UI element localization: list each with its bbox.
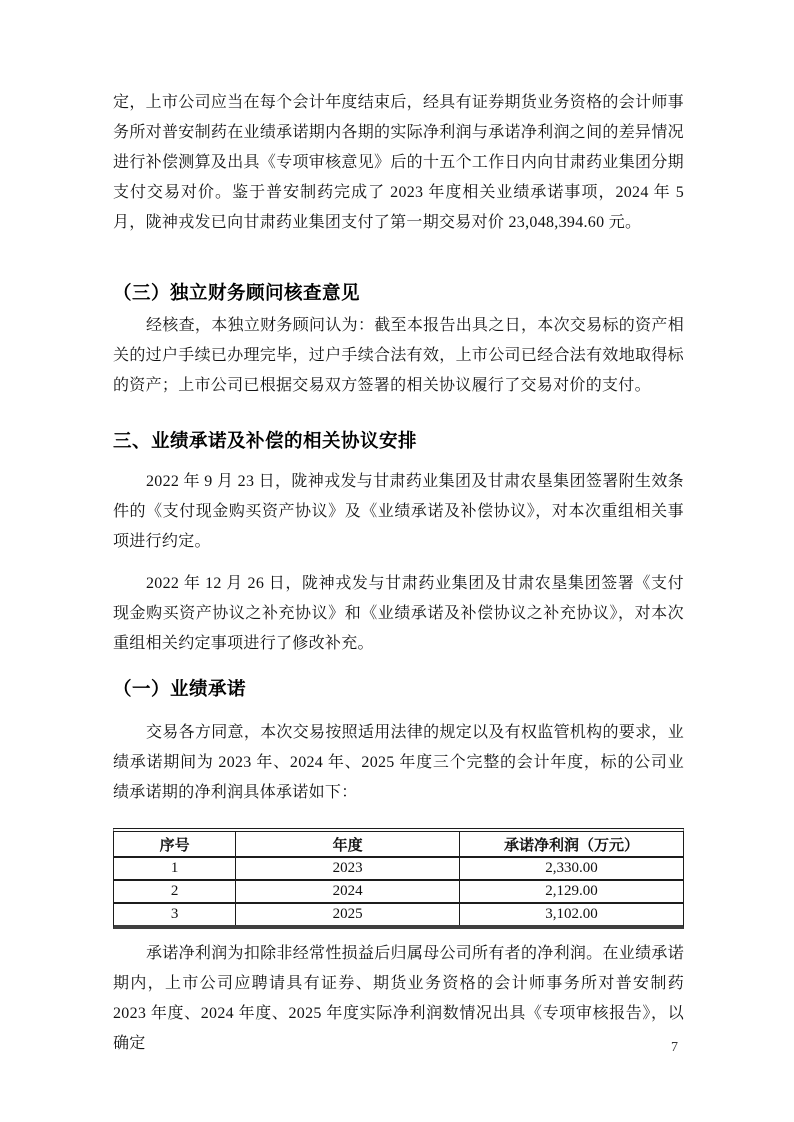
document-page: 定，上市公司应当在每个会计年度结束后，经具有证券期货业务资格的会计师事务所对普安…	[0, 0, 794, 1122]
heading-subsection-1-performance-commitment: （一）业绩承诺	[113, 676, 684, 702]
table-cell-profit: 2,330.00	[460, 858, 683, 881]
paragraph-audit-report: 承诺净利润为扣除非经常性损益后归属母公司所有者的净利润。在业绩承诺期内，上市公司…	[113, 939, 684, 1059]
table-cell-year: 2023	[236, 858, 460, 881]
table-cell-index: 3	[114, 904, 236, 925]
table-header-index: 序号	[114, 832, 236, 858]
table-row: 3 2025 3,102.00	[114, 904, 683, 925]
table-cell-profit: 3,102.00	[460, 904, 683, 925]
table-cell-year: 2024	[236, 881, 460, 904]
paragraph-advisor-opinion: 经核查，本独立财务顾问认为：截至本报告出具之日，本次交易标的资产相关的过户手续已…	[113, 311, 684, 401]
paragraph-agreement-2022-12-26: 2022 年 12 月 26 日，陇神戎发与甘肃药业集团及甘肃农垦集团签署《支付…	[113, 569, 684, 659]
table-row: 1 2023 2,330.00	[114, 858, 683, 881]
promised-net-profit-table: 序号 年度 承诺净利润（万元） 1 2023 2,330.00 2 2024 2…	[113, 828, 684, 929]
heading-section-3-advisor-opinion: （三）独立财务顾问核查意见	[113, 280, 684, 306]
table-row: 2 2024 2,129.00	[114, 881, 683, 904]
table-cell-profit: 2,129.00	[460, 881, 683, 904]
table-cell-year: 2025	[236, 904, 460, 925]
paragraph-continuation: 定，上市公司应当在每个会计年度结束后，经具有证券期货业务资格的会计师事务所对普安…	[113, 88, 684, 238]
table-cell-index: 2	[114, 881, 236, 904]
table-header-promised-profit: 承诺净利润（万元）	[460, 832, 683, 858]
page-number: 7	[671, 1040, 678, 1056]
table-header-row: 序号 年度 承诺净利润（万元）	[114, 832, 683, 858]
table-header-year: 年度	[236, 832, 460, 858]
paragraph-commitment-period: 交易各方同意，本次交易按照适用法律的规定以及有权监管机构的要求，业绩承诺期间为 …	[113, 718, 684, 808]
paragraph-agreement-2022-09-23: 2022 年 9 月 23 日，陇神戎发与甘肃药业集团及甘肃农垦集团签署附生效条…	[113, 467, 684, 557]
heading-chapter-3-performance-commitment-arrangement: 三、业绩承诺及补偿的相关协议安排	[113, 428, 684, 454]
table-cell-index: 1	[114, 858, 236, 881]
